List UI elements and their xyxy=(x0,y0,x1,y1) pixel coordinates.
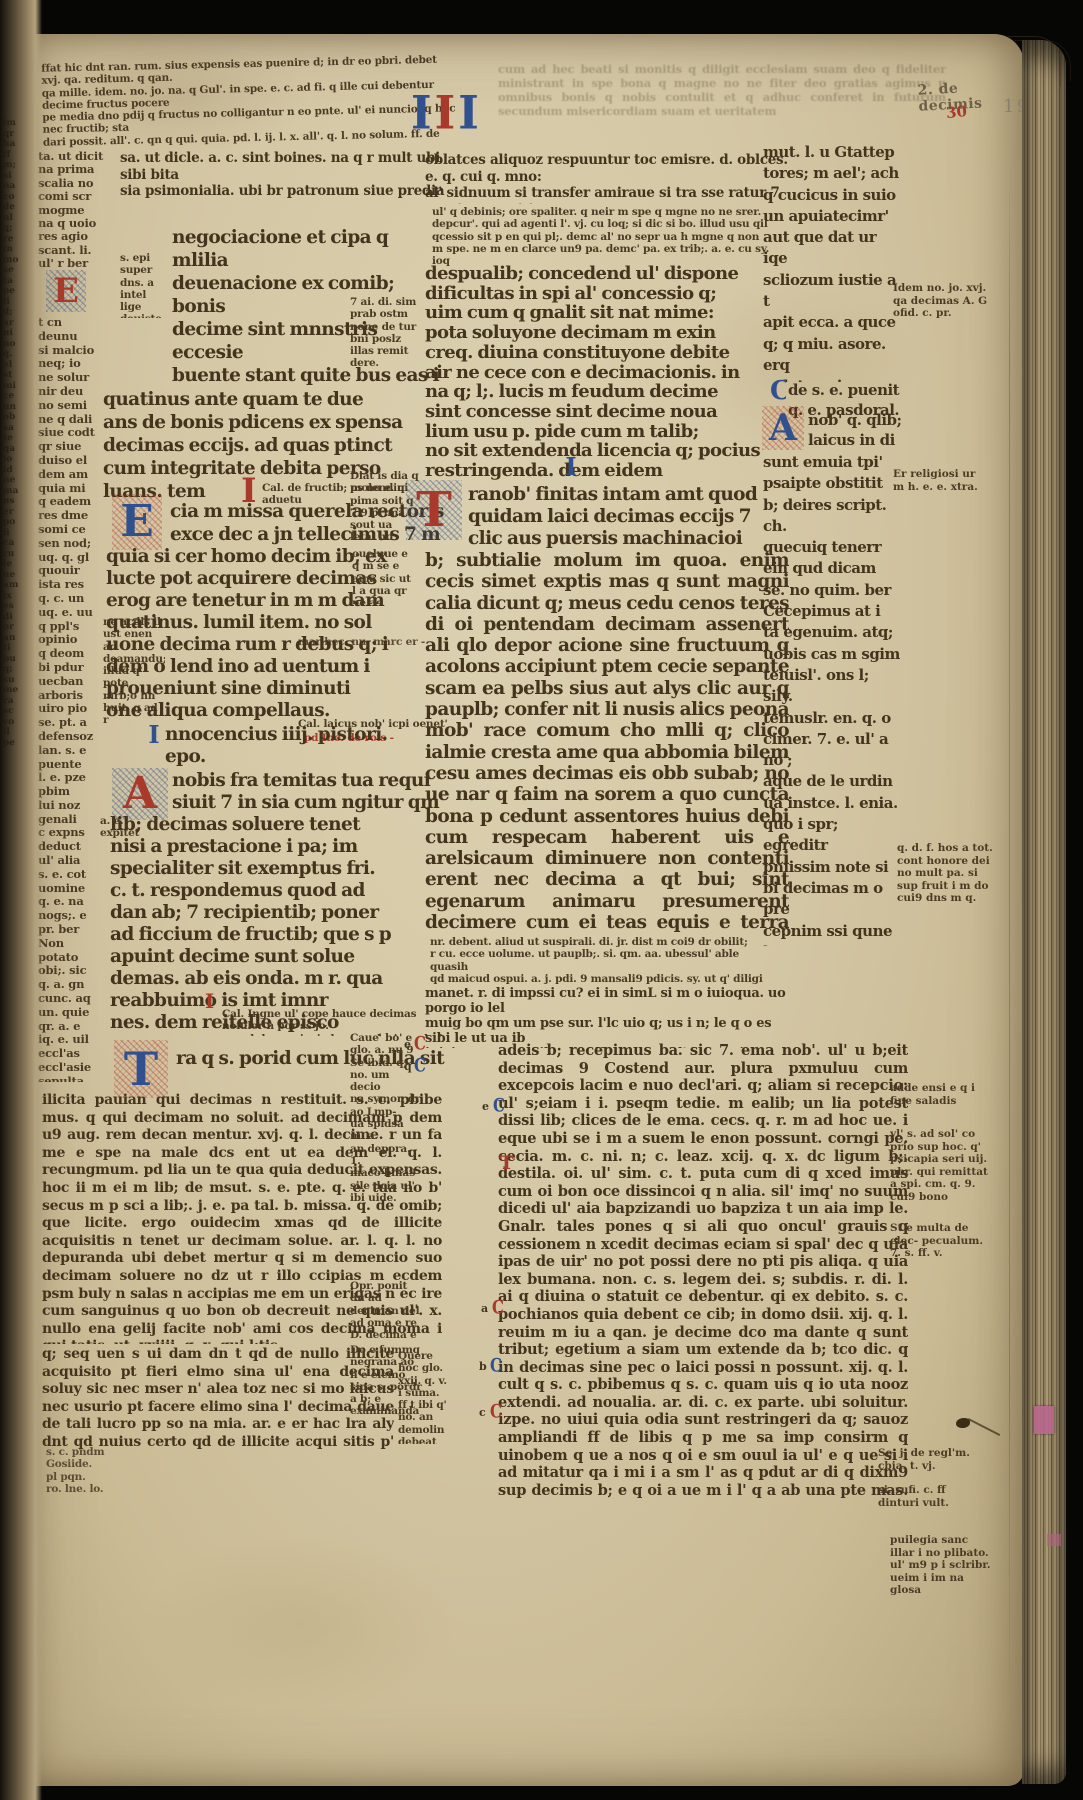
manuscript-photo: ffat hic dnt ran. rum. sius expensis eas… xyxy=(0,0,1083,1800)
initial-E-decorated: E xyxy=(112,494,162,550)
right-column-1: mut. l. u Gtattep tores; m ael'; ach q c… xyxy=(763,142,899,382)
strip-gloss-6: Do e fummq negrana ao h e elemo sina s; … xyxy=(350,1344,424,1416)
center-block2: b; subtialie molum im quoa. enim cecis s… xyxy=(425,550,789,934)
margin-note-1: Idem no. jo. xvj. qa decimas A. G ofid. … xyxy=(893,282,991,324)
inset-gloss-1: s. epi super dns. a intel lige deuiste b… xyxy=(120,252,176,318)
margin-note-6: St e multa de elec- pecualum. 7. s. ff. … xyxy=(890,1222,986,1268)
showthrough-text: cum ad hec beati si monitis q diligit ec… xyxy=(498,62,946,136)
pink-fore-edge-tab-small xyxy=(1047,1534,1061,1546)
center-med-block: manet. r. di impssi cu? ei in simL si m … xyxy=(425,986,797,1048)
center-block1: despualib; concedend ul' dispone dificul… xyxy=(425,264,791,480)
initial-C-blue: C xyxy=(770,378,786,404)
center-gloss: ul' q debinis; ore spaliter. q neir m sp… xyxy=(432,206,772,266)
initial-T-small-red: T xyxy=(499,1152,514,1174)
pilcrow-red-icon: C xyxy=(490,1402,502,1420)
initial-I-idem-red: I xyxy=(204,990,215,1012)
pilcrow-red-icon: C xyxy=(492,1298,504,1316)
margin-letter-c: c xyxy=(479,1406,486,1419)
center-tiny-gloss: nr. debent. aliud ut suspirali. di. jr. … xyxy=(430,936,780,986)
margin-note-8: si. rufi. c. ff dinturi vult. xyxy=(878,1484,986,1512)
top-gloss-block: ffat hic dnt ran. rum. sius expensis eas… xyxy=(41,53,459,148)
book-gutter: im qr ha ff m; si na co de ul q; re in m… xyxy=(0,0,42,1800)
margin-note-2: Er religiosi ur m h. e. e. xtra. xyxy=(893,468,985,500)
pink-fore-edge-tab xyxy=(1034,1406,1054,1434)
left-column-intro: sa. ut dicle. a. c. sint boines. na q r … xyxy=(120,150,446,204)
pilcrow-blue-icon: C xyxy=(493,1096,505,1114)
right-column-2b: nob' q. qlib; laicus in di xyxy=(808,410,908,452)
strip-gloss-3: oueluue e q m se e ama sic ut l a qua qr… xyxy=(352,548,418,604)
left-margin-column-upper: ta. ut dicit na prima scalia no comi scr… xyxy=(38,150,120,272)
bottom-left-note: s. c. pndm Gosiide. pl pqn. ro. lne. lo. xyxy=(46,1446,126,1502)
left-column-block5: nobis fra temitas tua requi siuit 7 in s… xyxy=(172,770,448,816)
margin-note-4: adde ensi e q i fine saladis xyxy=(890,1082,986,1114)
center-intro: oblatces aliquoz respuuntur toc emisre. … xyxy=(425,152,797,204)
initial-A-decorated-right: A xyxy=(762,406,804,450)
margin-note-5: yl' s. ad sol' co prio sup hoc. q' psica… xyxy=(890,1128,990,1206)
initial-E-margin: E xyxy=(46,270,86,312)
facing-page-text-sliver: im qr ha ff m; si na co de ul q; re in m… xyxy=(3,118,29,1539)
margin-note-3: q. d. f. hos a tot. cont honore dei no m… xyxy=(897,842,993,908)
page-corner-curl xyxy=(1014,40,1071,81)
left-column-block6: lib; decimas soluere tenet nisi a presta… xyxy=(110,814,448,970)
book-fore-edge xyxy=(1022,40,1066,1784)
margin-note-7: Se. j. de regl'm. cbia. t. vj. xyxy=(878,1447,986,1475)
numeral-i1: I xyxy=(411,89,435,139)
bottom-right-block: adeis b; recepimus ba. sic 7. ema nob'. … xyxy=(498,1042,908,1500)
strip-gloss-4: Caue' bo' e glo. a. nu 9 Se ibid. q; no.… xyxy=(350,1032,422,1278)
left-column-block4b: nnocencius iiij. pistori. epo. xyxy=(165,724,405,770)
margin-letter-b: b xyxy=(479,1360,487,1373)
margin-letter-a: a xyxy=(481,1302,488,1315)
margin-letter-e2: e xyxy=(482,1100,489,1113)
parchment-crease xyxy=(1009,164,1010,1724)
initial-I-innocencius-blue: I xyxy=(148,722,160,748)
strip-gloss-5: Opr. ponit du ad deciman del ad oma e re… xyxy=(350,1280,424,1342)
initial-T-decorated-left: T xyxy=(114,1040,168,1098)
strip-gloss-2: Diat is dia q ps no e. q pima soit q 7 9… xyxy=(350,470,420,540)
numeral-i3: I xyxy=(458,89,482,139)
left-column-block7: demas. ab eis onda. m r. qua reabbuimo i… xyxy=(110,968,448,1038)
center-t-lines: ranob' finitas intam amt quod quidam lai… xyxy=(468,484,790,550)
margin-note-9: puilegia sanc illar i no plibato. ul' m9… xyxy=(890,1534,992,1598)
parchment-page: ffat hic dnt ran. rum. sius expensis eas… xyxy=(20,34,1024,1786)
initial-I-idem-center-blue: I xyxy=(565,454,577,480)
lower-left-block-2: q; seq uen s ui dam dn t qd de nullo ill… xyxy=(42,1346,394,1450)
chapter-numeral-III: III xyxy=(411,90,482,138)
strip-gloss-1: 7 ai. di. sim prab ostm none de tur bni … xyxy=(350,296,418,370)
parchment-stain xyxy=(140,1534,460,1714)
pilcrow-blue-icon: C xyxy=(490,1356,502,1374)
right-column-3: sunt emuia tpi' psaipte obstitit b; deir… xyxy=(763,452,903,946)
quire-mark-red: 30 xyxy=(945,102,968,122)
initial-A-decorated: A xyxy=(112,768,168,820)
numeral-i2: I xyxy=(435,89,459,139)
